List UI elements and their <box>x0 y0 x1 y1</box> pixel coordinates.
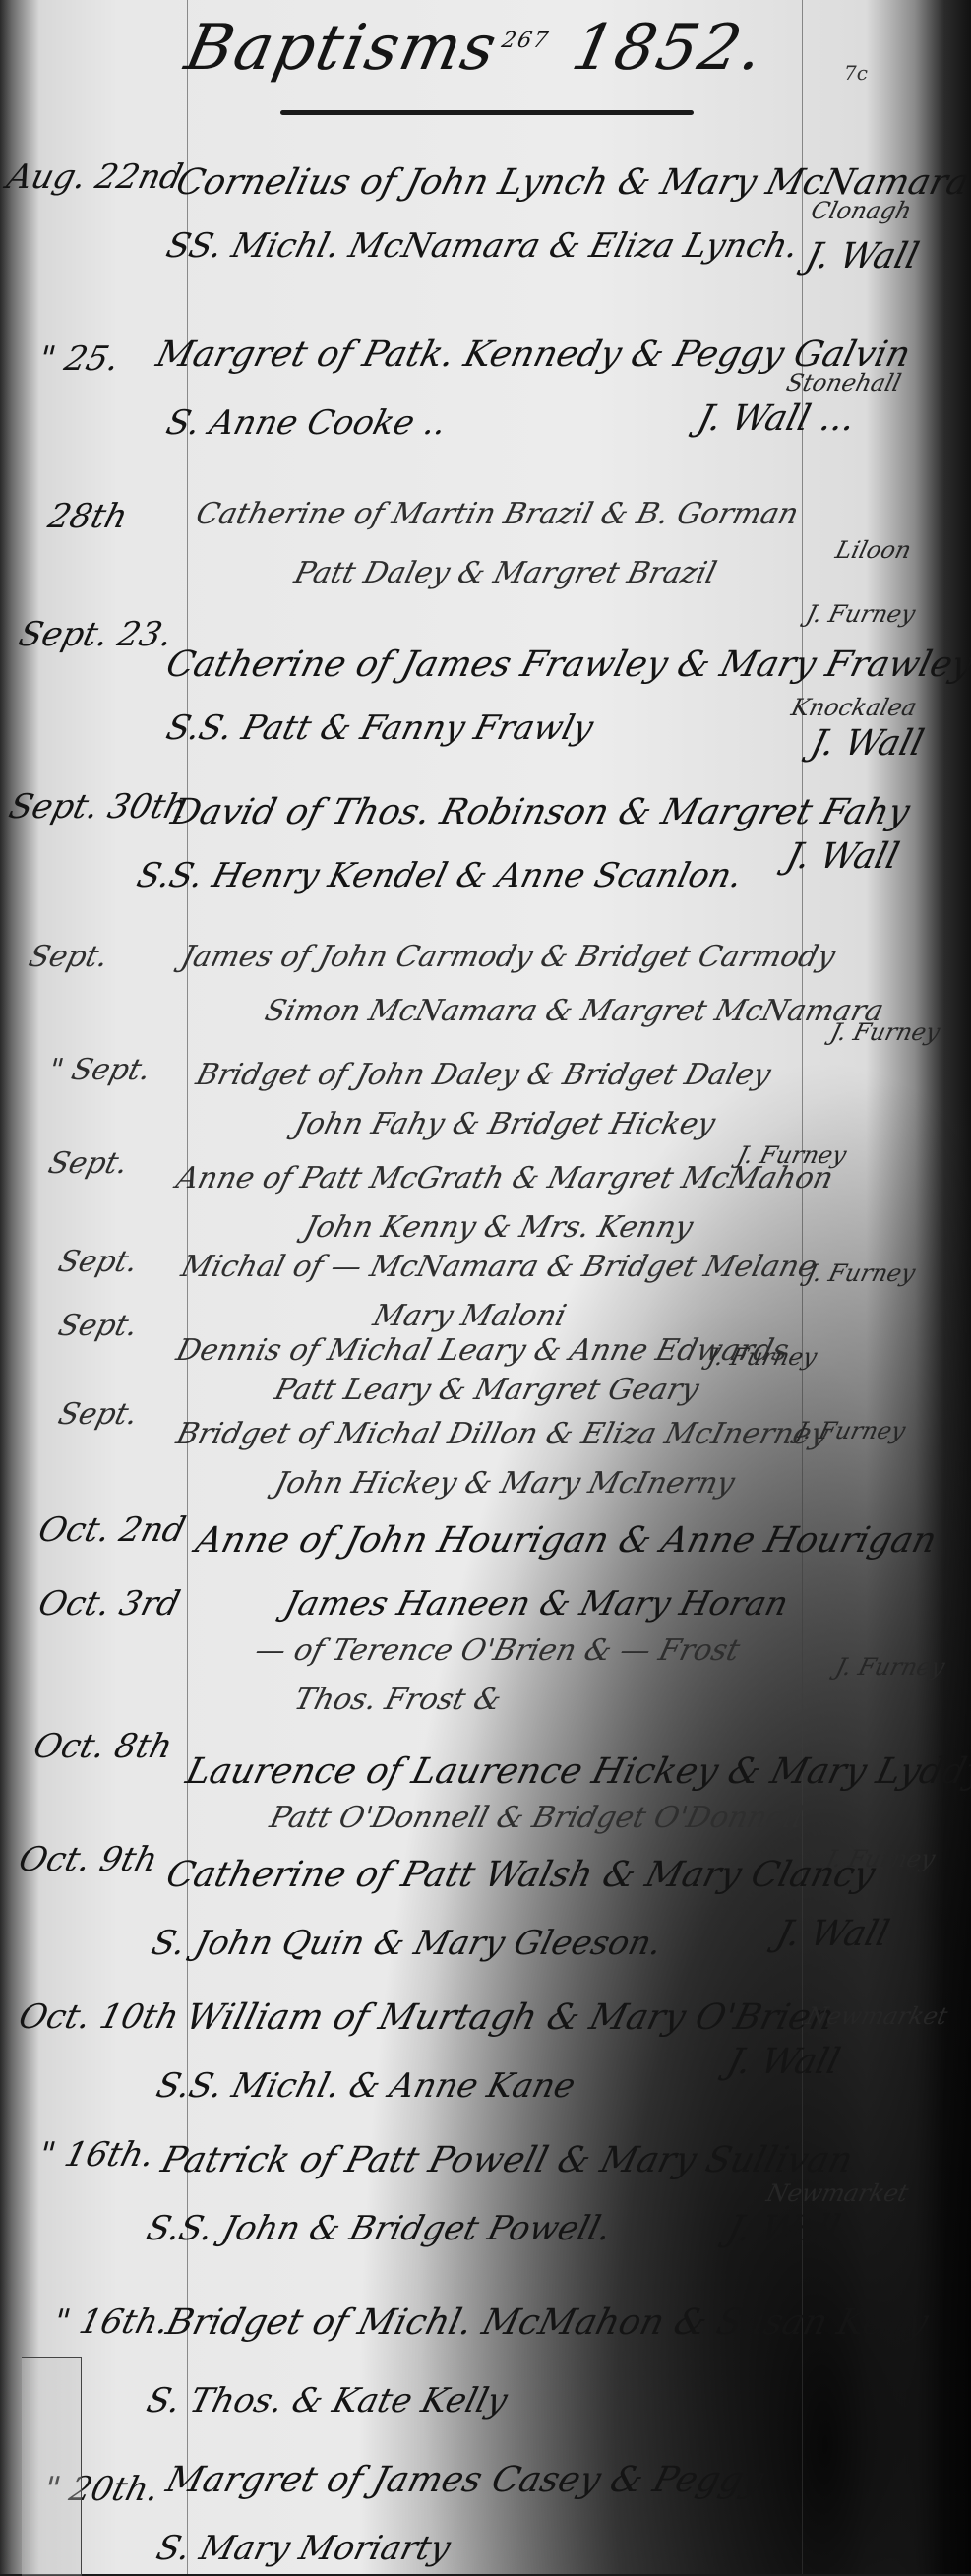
entry-priest: J. Wall <box>802 236 923 276</box>
entry-child: Bridget of Michl. McMahon & Susan Kelly <box>162 2302 933 2343</box>
entry-child: Bridget of Michal Dillon & Eliza McInern… <box>173 1417 832 1451</box>
entry-residence: Knockalea <box>789 694 920 721</box>
entry-sponsors: S.S. John & Bridget Powell. <box>143 2209 615 2248</box>
page-title: Baptisms267 1852. <box>179 12 771 85</box>
entry-date: " 16th. <box>34 2135 158 2175</box>
entry-child: Catherine of Patt Walsh & Mary Clancy <box>162 1855 880 1895</box>
entry-priest: J. Wall <box>723 2209 844 2249</box>
entry-sponsors: John Fahy & Bridget Hickey <box>291 1107 719 1141</box>
entry-sponsors: S.S. Michl. & Anne Kane <box>152 2066 579 2106</box>
entry-child: William of Murtagh & Mary O'Brien <box>182 1997 838 2038</box>
entry-date: Sept. <box>45 1146 132 1181</box>
entry-date: 28th <box>44 497 132 536</box>
entry-date: Oct. 2nd <box>34 1510 189 1550</box>
entry-date: Sept. <box>55 1309 142 1343</box>
entry-residence: Newmarket <box>804 2002 951 2030</box>
entry-child: Bridget of John Daley & Bridget Daley <box>193 1058 774 1092</box>
corner-mark: 7c <box>844 61 868 85</box>
entry-sponsors: Patt Daley & Margret Brazil <box>291 556 720 590</box>
entry-priest: J. Furney <box>705 1343 820 1371</box>
entry-sponsors: Simon McNamara & Margret McNamara <box>262 994 887 1028</box>
entry-priest: J. Wall <box>782 836 903 877</box>
entry-sponsors: S.S. Henry Kendel & Anne Scanlon. <box>133 856 746 895</box>
entry-sponsors: Patt O'Donnell & Bridget O'Donnell <box>267 1801 808 1835</box>
entry-child: Margret of James Casey & Peggy <box>162 2460 767 2500</box>
entry-residence: Liloon <box>833 536 915 564</box>
entry-priest: J. Furney <box>833 1653 948 1681</box>
entry-priest: J. Furney <box>804 600 919 628</box>
entry-date: Aug. 22nd <box>3 157 187 197</box>
entry-child: Catherine of James Frawley & Mary Frawle… <box>162 644 971 685</box>
entry-sponsors: Thos. Frost & <box>291 1683 506 1717</box>
entry-sponsors: John Kenny & Mrs. Kenny <box>301 1210 697 1245</box>
entry-priest: J. Wall <box>807 723 928 764</box>
entry-sponsors: S. Mary Moriarty <box>152 2529 455 2568</box>
entry-sponsors: S.S. Patt & Fanny Frawly <box>162 708 597 748</box>
entry-priest: J. Wall ... <box>694 399 860 439</box>
entry-residence: Newmarket <box>764 2179 912 2207</box>
entry-sponsors: S. John Quin & Mary Gleeson. <box>148 1924 666 1963</box>
entry-date: Oct. 8th <box>30 1727 176 1766</box>
entry-date: Sept. 30th <box>5 787 191 827</box>
entry-residence: Clonagh <box>809 197 915 224</box>
entry-date: Sept. <box>26 940 112 974</box>
entry-child: Catherine of Martin Brazil & B. Gorman <box>193 497 803 531</box>
entry-date: Sept. <box>55 1397 142 1432</box>
binding-tab <box>22 2357 82 2574</box>
entry-child: Anne of Patt McGrath & Margret McMahon <box>173 1161 837 1196</box>
entry-sponsors: James Haneen & Mary Horan <box>280 1584 792 1624</box>
entry-child: James of John Carmody & Bridget Carmody <box>178 940 839 974</box>
entry-date: Sept. 23. <box>15 615 177 654</box>
entry-child: David of Thos. Robinson & Margret Fahy <box>167 792 914 832</box>
entry-sponsors: Patt Leary & Margret Geary <box>272 1373 702 1407</box>
entry-priest: J. Furney <box>828 1018 943 1046</box>
entry-sponsors: Mary Maloni <box>370 1299 570 1333</box>
entry-child: Dennis of Michal Leary & Anne Edwards <box>173 1333 793 1368</box>
entry-date: Sept. <box>55 1245 142 1279</box>
entry-sponsors: S. Thos. & Kate Kelly <box>143 2381 512 2421</box>
entry-residence: Stonehall <box>784 369 904 397</box>
entry-child: Laurence of Laurence Hickey & Mary Lyddy <box>182 1751 971 1792</box>
entry-date: Oct. 3rd <box>34 1584 184 1624</box>
title-underline <box>280 110 694 115</box>
register-year: 1852. <box>566 12 771 85</box>
entry-date: Oct. 9th <box>15 1840 161 1879</box>
entry-child: — of Terence O'Brien & — Frost <box>252 1633 744 1668</box>
entry-priest: J. Wall <box>723 2042 844 2082</box>
entry-priest: J. Furney <box>794 1417 909 1444</box>
entry-date: Oct. 10th <box>15 1997 183 2037</box>
entry-priest: J. Furney <box>804 1259 919 1287</box>
entry-child: Anne of John Hourigan & Anne Hourigan <box>192 1520 941 1561</box>
entry-sponsors: S. Anne Cooke .. <box>162 403 451 443</box>
margin-rule-left <box>187 0 188 2574</box>
entry-date: " 16th. <box>49 2302 173 2342</box>
register-page: Baptisms267 1852. 7c Aug. 22nd Cornelius… <box>0 0 971 2574</box>
entry-sponsors: John Hickey & Mary McInerny <box>272 1466 739 1501</box>
page-number: 267 <box>500 29 552 53</box>
entry-date: " 25. <box>34 339 124 379</box>
entry-date: " Sept. <box>45 1053 154 1087</box>
entry-sponsors: SS. Michl. McNamara & Eliza Lynch. <box>162 226 803 266</box>
entry-child: Michal of — McNamara & Bridget Melane <box>178 1250 820 1284</box>
entry-child: Patrick of Patt Powell & Mary Sullivan <box>157 2140 857 2180</box>
entry-priest: J. Wall <box>772 1914 893 1954</box>
